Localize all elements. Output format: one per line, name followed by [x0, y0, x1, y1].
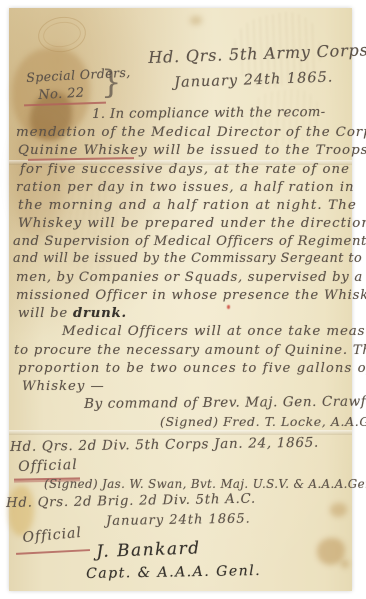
- order-text-line: missioned Officer in whose presence the …: [16, 289, 366, 302]
- order-text-line-drunk: will be drunk.: [18, 307, 127, 320]
- line12-prefix: will be: [18, 306, 73, 321]
- endorsement1-official: Official: [18, 458, 78, 474]
- order-text-line: and will be issued by the Commissary Ser…: [13, 253, 366, 266]
- order-text-line: Medical Officers will at once take measu…: [62, 325, 366, 338]
- order-brace: }: [101, 66, 122, 98]
- scanned-document: Special Orders, No. 22 } Hd. Qrs. 5th Ar…: [0, 0, 366, 599]
- endorsement2-date: January 24th 1865.: [106, 512, 251, 528]
- order-text-line: ration per day in two issues, a half rat…: [16, 181, 355, 194]
- order-text-line: proportion to be two ounces to five gall…: [18, 362, 366, 375]
- order-text-line: men, by Companies or Squads, supervised …: [16, 271, 366, 284]
- line12-emphasis: drunk.: [73, 306, 127, 321]
- order-text-line: mendation of the Medical Director of the…: [16, 126, 366, 139]
- order-text-line: Whiskey —: [22, 380, 105, 393]
- by-command-line: By command of Brev. Maj. Gen. Crawford: [84, 395, 366, 411]
- order-text-line: the morning and a half ration at night. …: [18, 199, 357, 212]
- order-text-line: for five successive days, at the rate of…: [20, 163, 350, 176]
- order-text-line: Whiskey will be prepared under the direc…: [18, 217, 366, 230]
- order-text-line: and Supervision of Medical Officers of R…: [13, 235, 366, 248]
- order-text-line: to procure the necessary amount of Quini…: [14, 344, 366, 357]
- signed-line: (Signed) Fred. T. Locke, A.A.Gen.: [160, 416, 366, 429]
- endorsement1-signed: (Signed) Jas. W. Swan, Bvt. Maj. U.S.V. …: [44, 479, 366, 491]
- signature-title: Capt. & A.A.A. Genl.: [86, 564, 261, 581]
- special-orders-number: No. 22: [38, 87, 85, 102]
- order-text-line: Quinine Whiskey will be issued to the Tr…: [18, 144, 366, 157]
- order-text-line: 1. In compliance with the recom-: [92, 106, 326, 121]
- signature-name: J. Bankard: [96, 540, 201, 561]
